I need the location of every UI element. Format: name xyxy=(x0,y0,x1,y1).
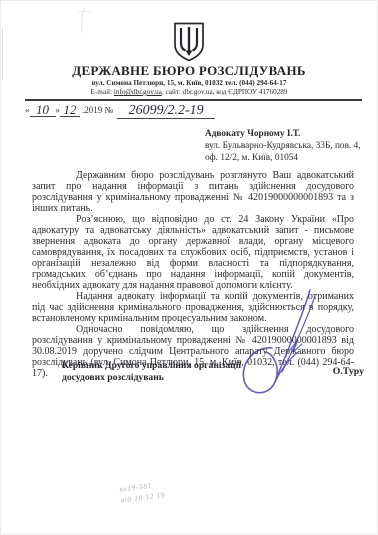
signatory-title: Керівник Другого управління організації … xyxy=(62,360,241,383)
handwritten-signature xyxy=(238,288,326,398)
paragraph-1: Державним бюро розслідувань розглянуто В… xyxy=(32,170,354,214)
signatory-title-line2: досудових розслідувань xyxy=(62,372,241,384)
org-address-line: вул. Симона Петлюри, 15, м. Київ, 01032 … xyxy=(0,79,378,87)
year-and-number-label: .2019 № xyxy=(82,105,113,115)
recipient-block: Адвокату Чорному І.Т. вул. Бульварно-Куд… xyxy=(205,128,361,164)
handwritten-ref-number: 26099/2.2-19 xyxy=(117,104,215,119)
contact-prefix: E-mail: xyxy=(91,88,114,96)
recipient-address-line2: оф. 12/2, м. Київ, 01054 xyxy=(205,152,361,164)
handwritten-incoming-note: вх19-581 від 18 12 19 xyxy=(119,478,166,505)
org-contact-line: E-mail: info@dbr.gov.ua, сайт: dbr.gov.u… xyxy=(0,88,378,96)
org-name: ДЕРЖАВНЕ БЮРО РОЗСЛІДУВАНЬ xyxy=(0,63,378,79)
handwritten-month: 12 xyxy=(60,103,80,117)
scanned-letter: ДЕРЖАВНЕ БЮРО РОЗСЛІДУВАНЬ вул. Симона П… xyxy=(0,0,378,535)
recipient-address-line1: вул. Бульварно-Кудрявська, 33Б, пов. 4, xyxy=(205,140,361,152)
letterhead-divider xyxy=(25,99,362,101)
handwritten-day: 10 xyxy=(30,103,56,117)
paragraph-2: Роз’яснюю, що відповідно до ст. 24 Закон… xyxy=(32,214,354,291)
contact-suffix: , сайт: dbr.gov.ua, код ЄДРПОУ 41760289 xyxy=(162,88,288,96)
trident-emblem-icon xyxy=(172,22,206,62)
faint-pen-mark xyxy=(70,6,98,36)
signatory-title-line1: Керівник Другого управління організації xyxy=(62,360,241,372)
signatory-name: О.Туру xyxy=(333,366,364,377)
reference-line: «10»12.2019 №26099/2.2-19 xyxy=(25,103,215,119)
recipient-name: Адвокату Чорному І.Т. xyxy=(205,128,361,140)
org-email: info@dbr.gov.ua xyxy=(114,88,162,96)
